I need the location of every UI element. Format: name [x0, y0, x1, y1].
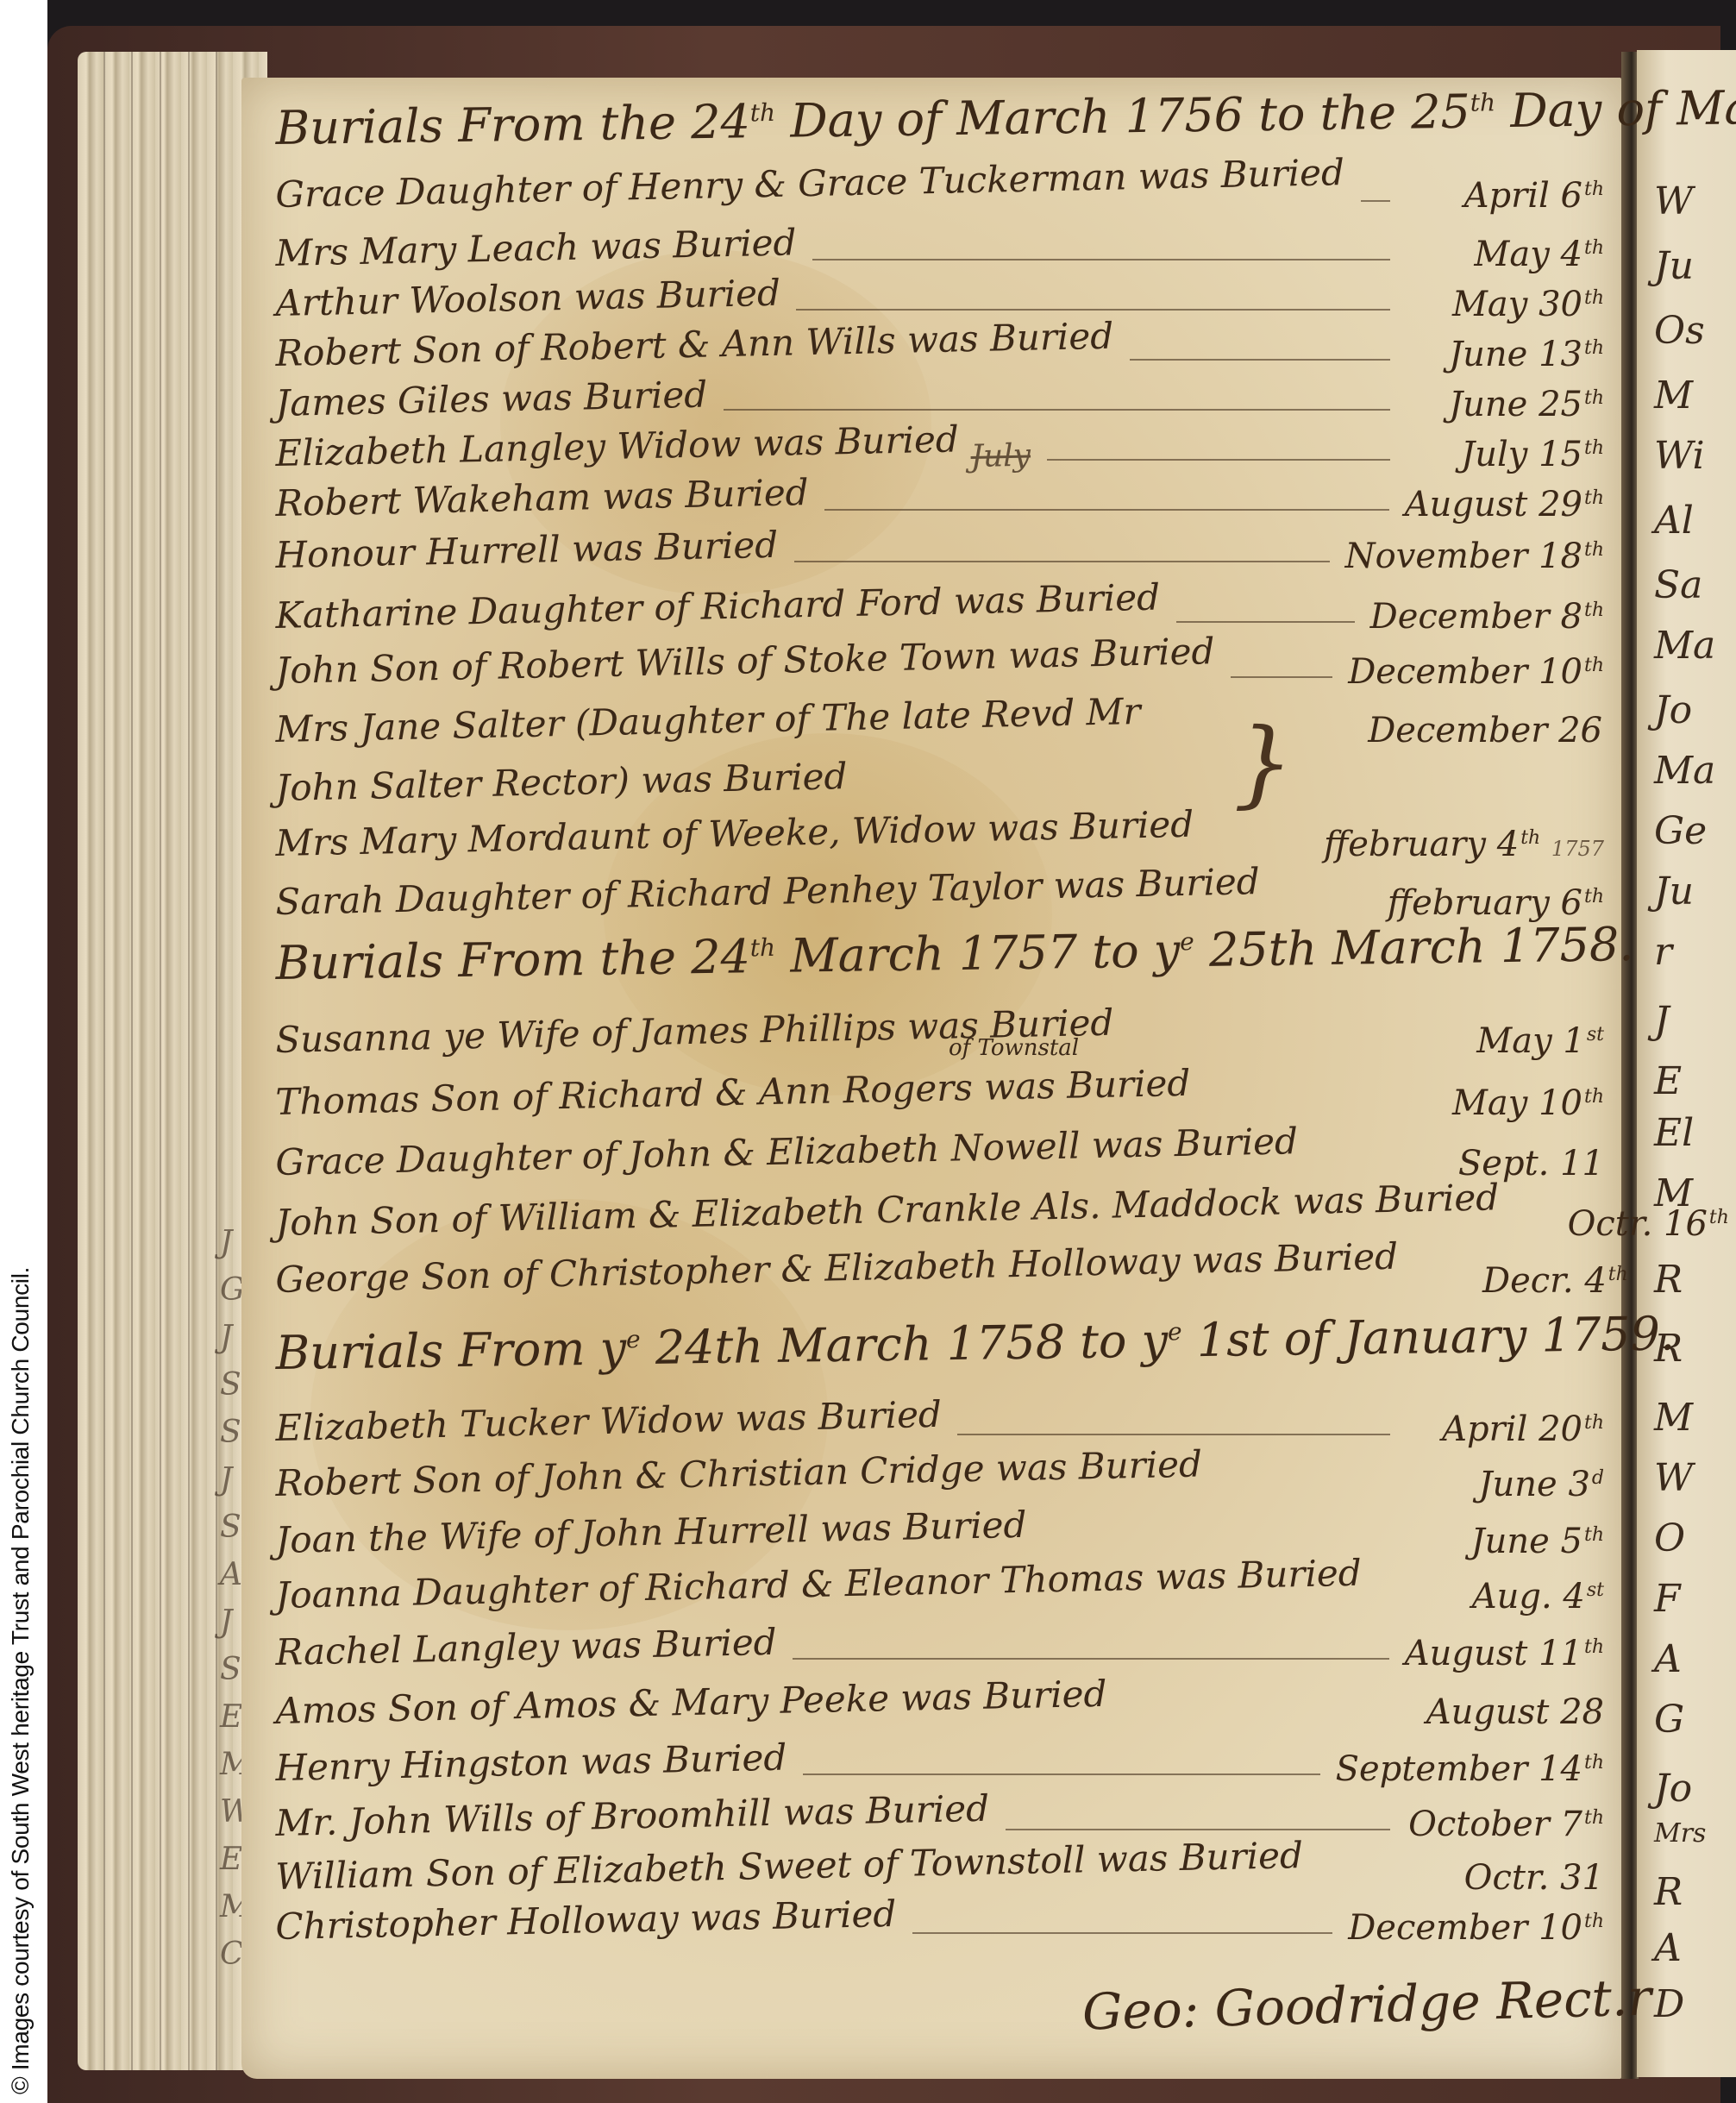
- entry-date: December 10th: [1348, 1908, 1604, 1948]
- section-heading: Burials From the 24th Day of March 1756 …: [276, 86, 1604, 155]
- section-heading: Burials From ye 24th March 1758 to ye 1s…: [276, 1311, 1604, 1380]
- entry-date: Decr. 4th: [1430, 1261, 1628, 1301]
- book-gutter: [1621, 52, 1639, 2079]
- burial-entry: Sarah Daughter of Richard Penhey Taylor …: [276, 854, 1604, 923]
- ruled-line: [794, 561, 1330, 562]
- entry-text: George Son of Christopher & Elizabeth Ho…: [275, 1235, 1399, 1301]
- entry-text: Sarah Daughter of Richard Penhey Taylor …: [275, 860, 1260, 923]
- ruled-line: [912, 1932, 1332, 1934]
- burial-entry: Thomas Son of Richard & Ann Rogers was B…: [276, 1054, 1604, 1123]
- entry-text: Grace Daughter of John & Elizabeth Nowel…: [275, 1120, 1298, 1183]
- credit-strip: © Images courtesy of South West heritage…: [0, 0, 47, 2103]
- ruled-line: [1361, 200, 1390, 202]
- burial-entry: Susanna ye Wife of James Phillips was Bu…: [276, 992, 1604, 1061]
- image-credit: © Images courtesy of South West heritage…: [7, 1267, 34, 2094]
- burial-entry: Honour Hurrell was Buried November 18th: [276, 507, 1604, 576]
- ruled-line: [793, 1658, 1389, 1660]
- burial-entry: Christopher Holloway was Buried December…: [276, 1879, 1604, 1948]
- burial-entry: George Son of Christopher & Elizabeth Ho…: [276, 1232, 1604, 1301]
- facing-page: W Ju Os M Wi Al Sa Ma Jo Ma Ge Ju r J E …: [1637, 50, 1736, 2077]
- entry-text: Christopher Holloway was Buried: [275, 1893, 897, 1948]
- section-heading: Burials From the 24th March 1757 to ye 2…: [276, 921, 1604, 990]
- ruled-line: [1231, 676, 1332, 678]
- burial-entry: Grace Daughter of John & Elizabeth Nowel…: [276, 1114, 1604, 1183]
